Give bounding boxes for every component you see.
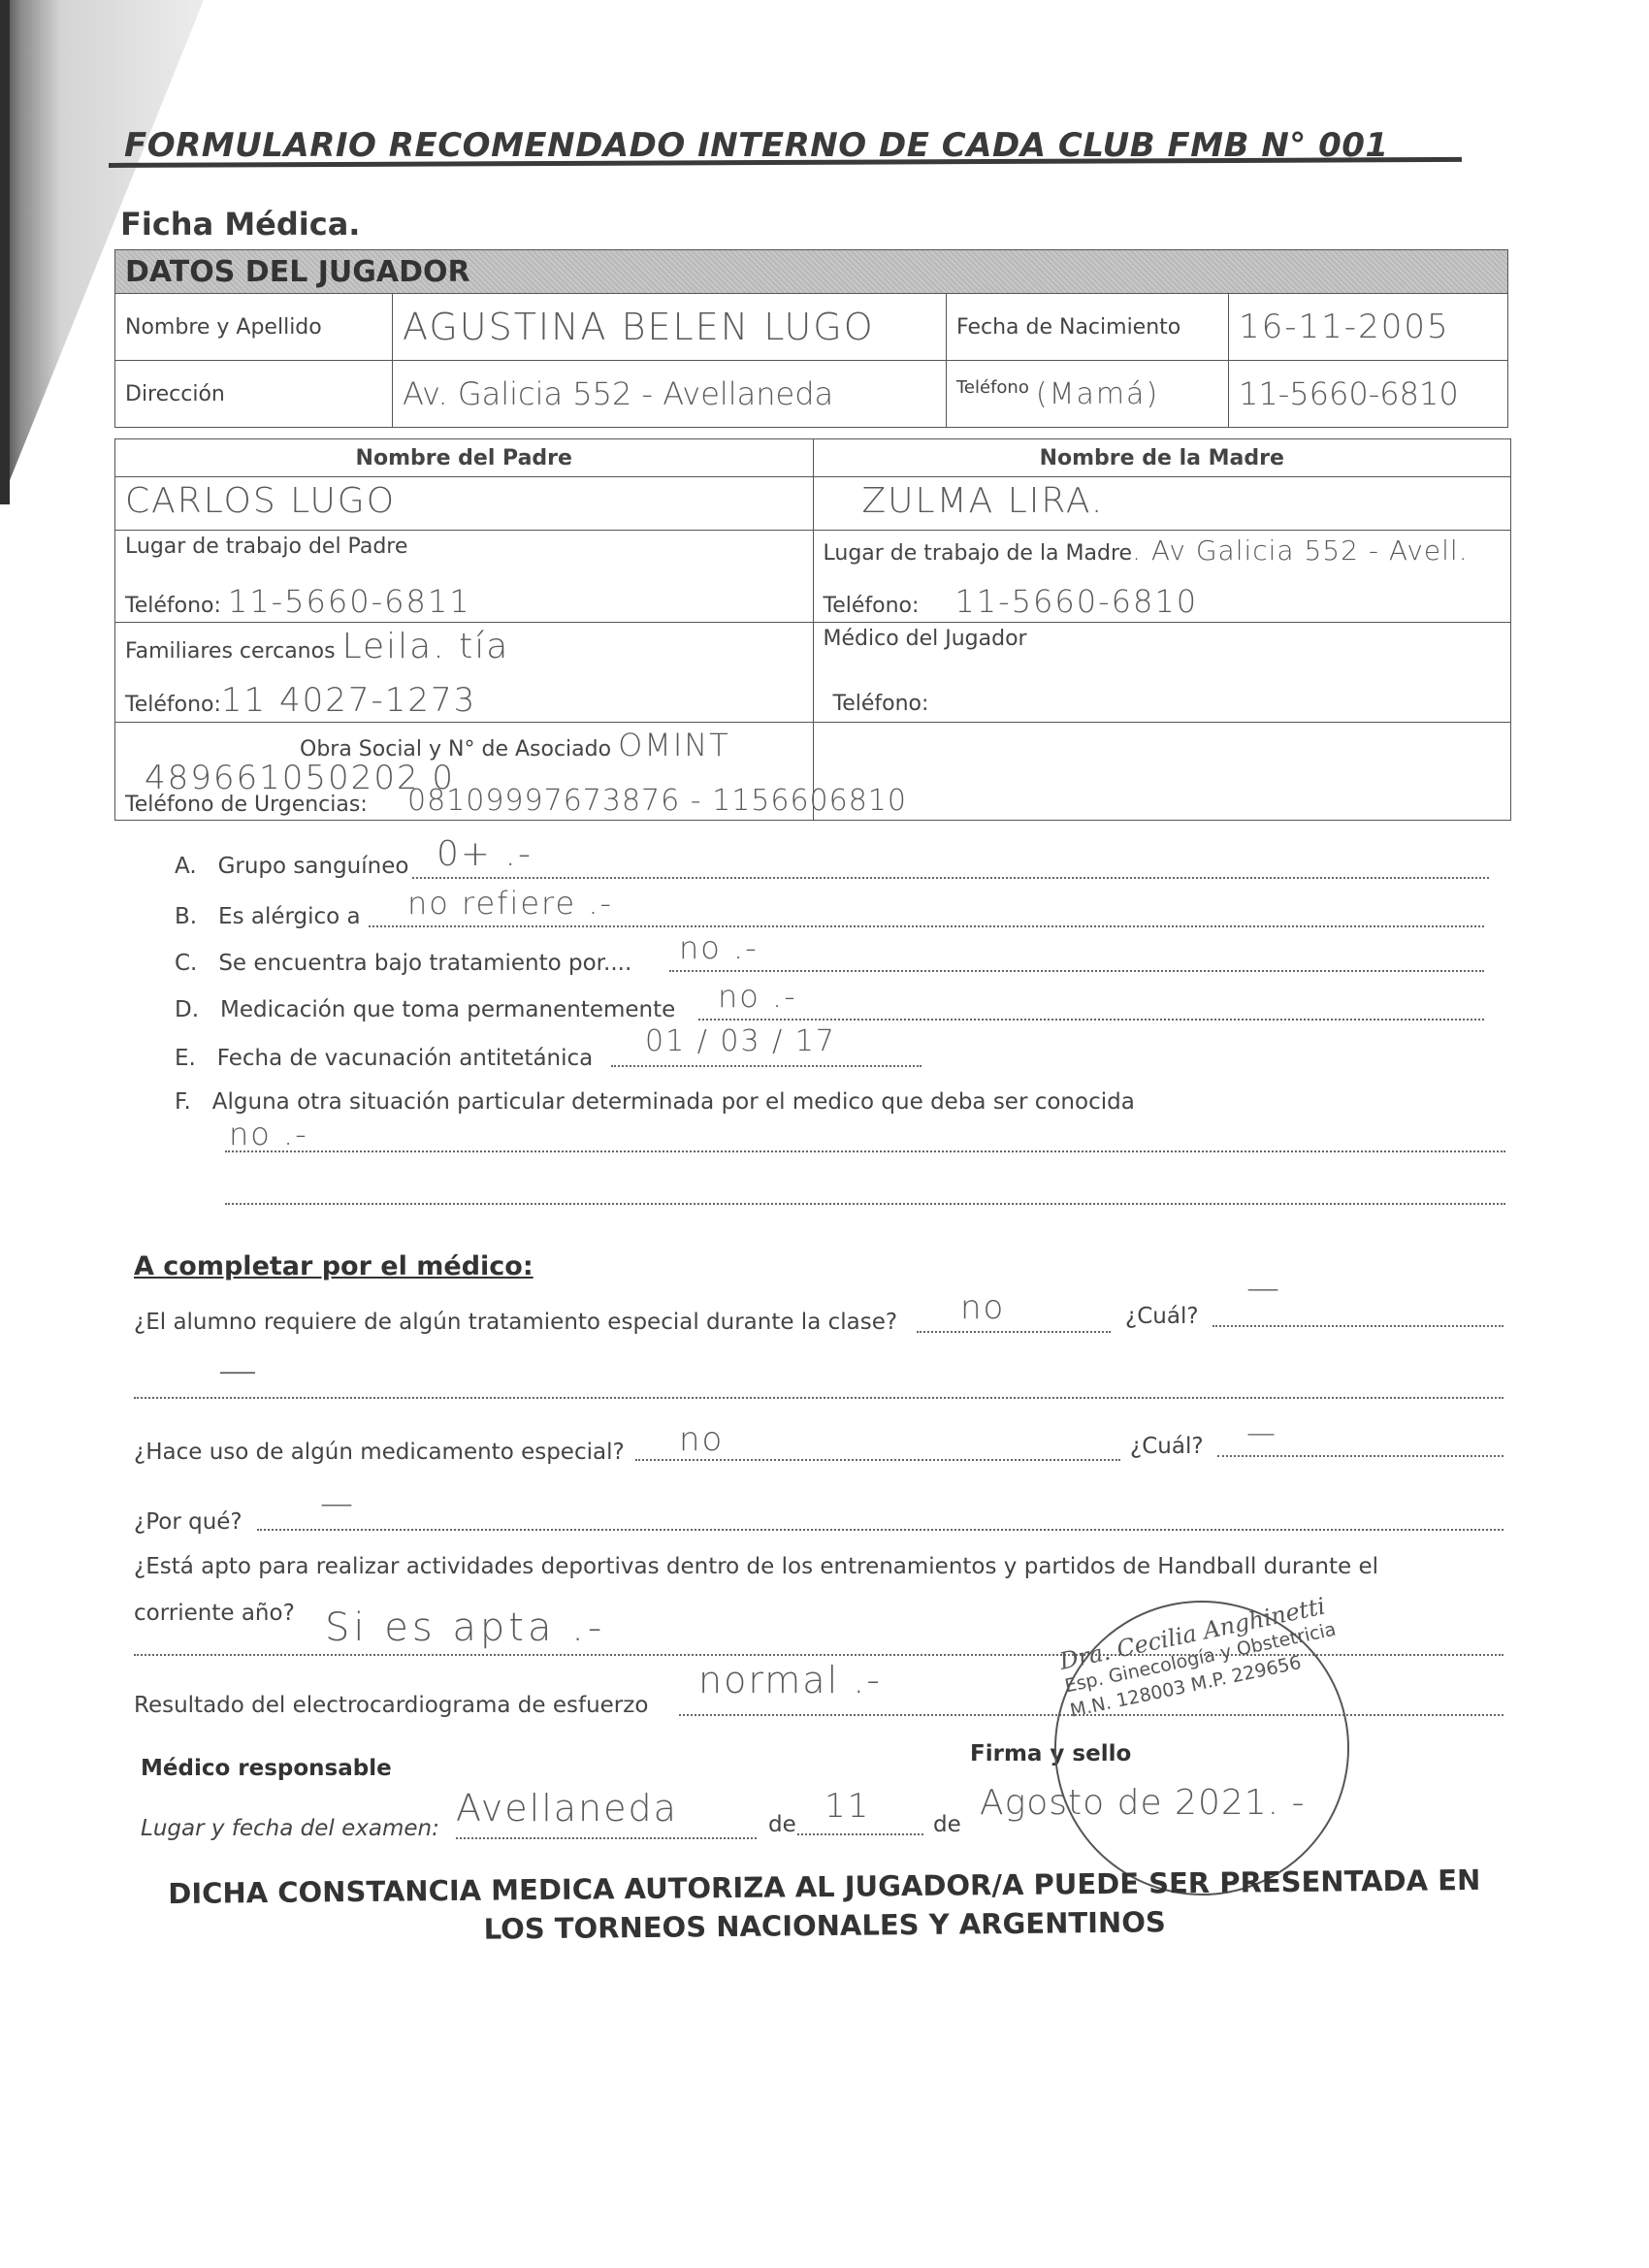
de-label-1: de: [768, 1812, 796, 1837]
parents-table: Nombre del Padre Nombre de la Madre CARL…: [114, 438, 1511, 821]
father-work-label: Lugar de trabajo del Padre: [125, 535, 803, 559]
player-data-table: DATOS DEL JUGADOR Nombre y Apellido AGUS…: [114, 249, 1508, 428]
father-phone-value[interactable]: 11-5660-6811: [228, 583, 471, 620]
item-a: A. Grupo sanguíneo: [175, 854, 408, 879]
insurance-field-right: [813, 723, 1511, 821]
q3-label: ¿Por qué?: [134, 1509, 242, 1535]
q5-value[interactable]: normal .-: [698, 1659, 882, 1701]
item-c: C. Se encuentra bajo tratamiento por....: [175, 951, 631, 976]
doctor-section-title: A completar por el médico:: [134, 1251, 533, 1281]
q2-which-value[interactable]: —: [1246, 1416, 1277, 1450]
q5-label: Resultado del electrocardiograma de esfu…: [134, 1693, 648, 1718]
q2-which-label: ¿Cuál?: [1130, 1434, 1204, 1459]
father-phone-label: Teléfono:: [125, 594, 221, 618]
name-value: AGUSTINA BELEN LUGO: [403, 306, 875, 348]
mother-header: Nombre de la Madre: [813, 439, 1511, 477]
other-situation-value[interactable]: no .-: [229, 1116, 308, 1152]
address-value: Av. Galicia 552 - Avellaneda: [403, 375, 833, 412]
phone-label: Teléfono: [956, 377, 1029, 398]
day-value[interactable]: 11: [824, 1787, 870, 1826]
vaccination-date-value[interactable]: 01 / 03 / 17: [645, 1024, 836, 1058]
mother-work-label: Lugar de trabajo de la Madre: [824, 541, 1133, 566]
q1-which-label: ¿Cuál?: [1125, 1304, 1199, 1329]
mother-name-field[interactable]: ZULMA LIRA.: [813, 477, 1511, 531]
medication-value[interactable]: no .-: [718, 978, 797, 1015]
q4-label-line2: corriente año?: [134, 1601, 295, 1626]
mother-name: ZULMA LIRA.: [824, 481, 1105, 521]
relatives-phone-label: Teléfono:: [125, 693, 221, 717]
mother-phone-label: Teléfono:: [824, 594, 920, 618]
mother-phone-value[interactable]: 11-5660-6810: [925, 583, 1198, 620]
relatives-phone-value[interactable]: 11 4027-1273: [221, 681, 476, 720]
father-work-field[interactable]: Lugar de trabajo del Padre Teléfono: 11-…: [115, 531, 814, 623]
relatives-value: Leila. tía: [342, 627, 510, 666]
q4-label-line1: ¿Está apto para realizar actividades dep…: [134, 1554, 1378, 1579]
birth-field[interactable]: 16-11-2005: [1229, 294, 1508, 361]
father-name: CARLOS LUGO: [125, 481, 396, 521]
father-name-field[interactable]: CARLOS LUGO: [115, 477, 814, 531]
address-label: Dirección: [115, 361, 393, 428]
phone-label-cell: Teléfono (Mamá): [947, 361, 1229, 428]
blood-type-value[interactable]: 0+ .-: [436, 834, 533, 874]
mother-work-field[interactable]: Lugar de trabajo de la Madre. Av Galicia…: [813, 531, 1511, 623]
q1-extra-value[interactable]: —: [218, 1348, 259, 1393]
birth-value: 16-11-2005: [1239, 308, 1450, 346]
insurance-name: OMINT: [618, 727, 730, 763]
name-field[interactable]: AGUSTINA BELEN LUGO: [393, 294, 947, 361]
phone-field[interactable]: 11-5660-6810: [1229, 361, 1508, 428]
phone-note: (Mamá): [1036, 377, 1159, 411]
q4-value[interactable]: Si es apta .-: [325, 1605, 605, 1650]
item-d: D. Medicación que toma permanentemente: [175, 997, 675, 1022]
phone-value: 11-5660-6810: [1239, 375, 1459, 412]
q1-label: ¿El alumno requiere de algún tratamiento…: [134, 1310, 897, 1335]
relatives-field[interactable]: Familiares cercanos Leila. tía Teléfono:…: [115, 623, 814, 723]
footer-notice: DICHA CONSTANCIA MEDICA AUTORIZA AL JUGA…: [136, 1861, 1514, 1953]
other-situation-line-2[interactable]: [225, 1203, 1505, 1205]
q1-which-value[interactable]: —: [1246, 1269, 1281, 1308]
doctor-label: Médico del Jugador: [824, 627, 1502, 651]
address-field[interactable]: Av. Galicia 552 - Avellaneda: [393, 361, 947, 428]
responsible-label: Médico responsable: [141, 1756, 392, 1781]
allergy-value[interactable]: no refiere .-: [407, 885, 613, 922]
q2-value[interactable]: no: [679, 1420, 724, 1459]
place-value[interactable]: Avellaneda: [456, 1787, 678, 1830]
item-f: F. Alguna otra situación particular dete…: [175, 1089, 1135, 1115]
emergency-label: Teléfono de Urgencias:: [125, 793, 368, 817]
emergency-value[interactable]: 08109997673876 - 1156606810: [407, 784, 907, 818]
q2-label: ¿Hace uso de algún medicamento especial?: [134, 1440, 625, 1465]
item-e: E. Fecha de vacunación antitetánica: [175, 1046, 593, 1071]
q1-value[interactable]: no: [960, 1288, 1005, 1327]
item-b: B. Es alérgico a: [175, 904, 361, 929]
relatives-label: Familiares cercanos: [125, 639, 336, 664]
father-header: Nombre del Padre: [115, 439, 814, 477]
place-date-label: Lugar y fecha del examen:: [141, 1816, 439, 1841]
treatment-value[interactable]: no .-: [679, 929, 759, 966]
name-label: Nombre y Apellido: [115, 294, 393, 361]
page-subtitle: Ficha Médica.: [120, 206, 360, 243]
mother-work-value: . Av Galicia 552 - Avell.: [1132, 535, 1469, 567]
q3-value[interactable]: —: [320, 1484, 355, 1523]
section-title-player: DATOS DEL JUGADOR: [115, 250, 1508, 294]
birth-label: Fecha de Nacimiento: [947, 294, 1229, 361]
de-label-2: de: [933, 1812, 961, 1837]
doctor-phone-label: Teléfono:: [833, 692, 929, 716]
doctor-field[interactable]: Médico del Jugador Teléfono:: [813, 623, 1511, 723]
